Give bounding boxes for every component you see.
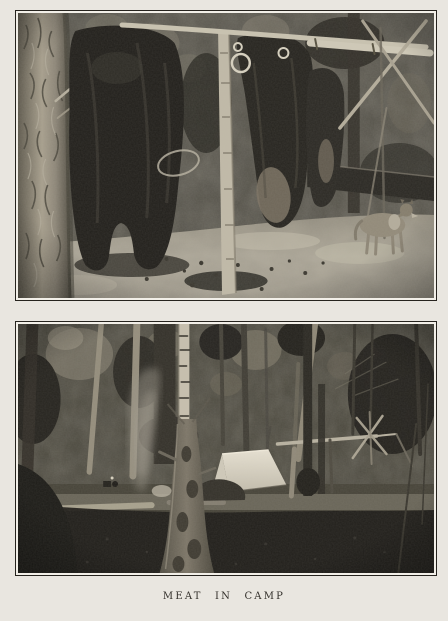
top-plate [15,10,437,301]
hanging-game-photo [18,13,434,298]
photo-grain [18,324,434,573]
book-page: MEAT IN CAMP [0,0,448,621]
photo-grain [18,13,434,298]
camp-photo [18,324,434,573]
bottom-plate [15,321,437,576]
plate-caption: MEAT IN CAMP [0,591,448,602]
